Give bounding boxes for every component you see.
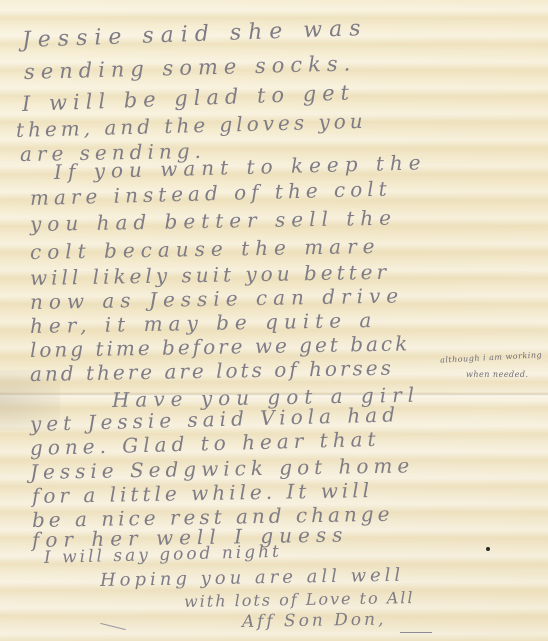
letter-page: Jessie said she was sending some socks. … (0, 0, 548, 641)
letter-line: you had better sell the (30, 206, 397, 236)
margin-note-line1: although i am working (440, 350, 542, 364)
letter-line: sending some socks. (24, 51, 357, 84)
signature-underline (400, 632, 432, 633)
margin-note-line2: when needed. (466, 370, 529, 379)
letter-line: Hoping you are all well (100, 565, 405, 591)
letter-body: Jessie said she was sending some socks. … (0, 0, 548, 641)
letter-line: colt because the mare (30, 234, 381, 264)
letter-line: and there are lots of horses (30, 356, 394, 386)
ink-spot (486, 547, 490, 551)
letter-line: with lots of Love to All (184, 588, 415, 611)
signature: Aff Son Don, (242, 609, 387, 632)
letter-line: Jessie said she was (22, 16, 368, 53)
